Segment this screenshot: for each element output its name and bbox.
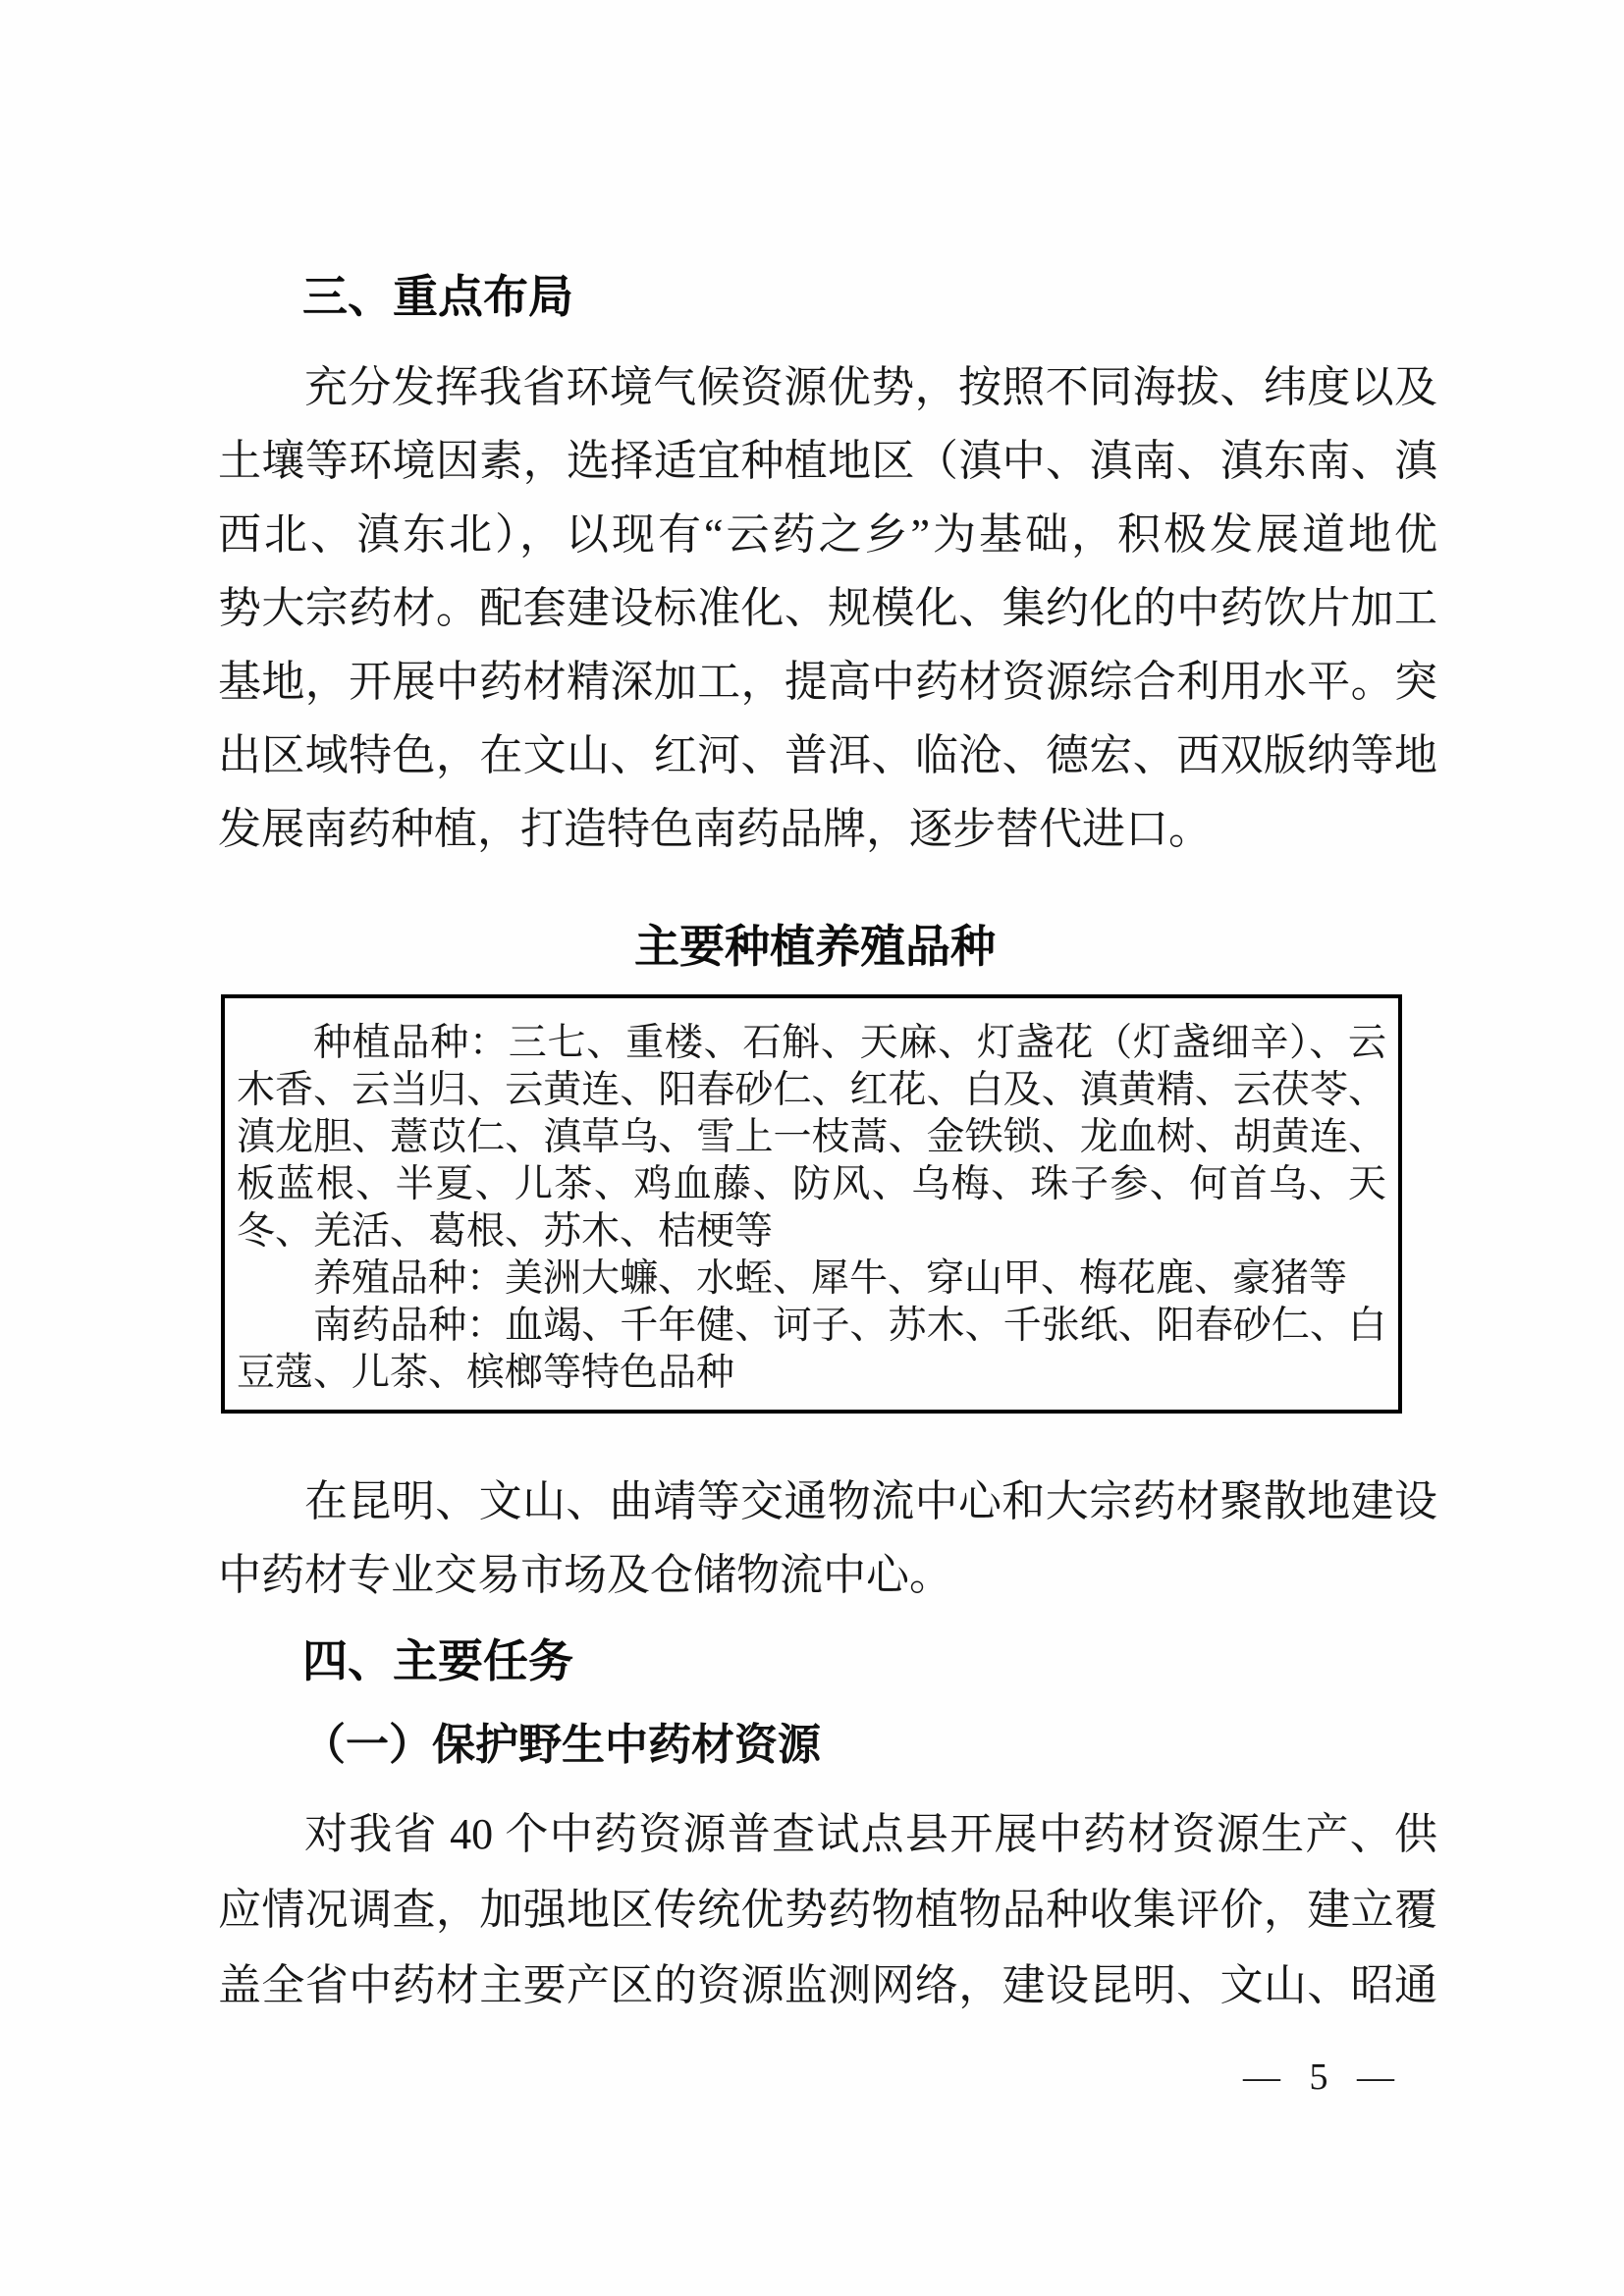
species-box-line: 种植品种：三七、重楼、石斛、天麻、灯盏花（灯盏细辛）、云 xyxy=(237,1020,1386,1067)
paragraph-protection-line: 盖全省中药材主要产区的资源监测网络，建设昆明、文山、昭通 xyxy=(218,1948,1437,2023)
section-4-sub-1-heading: （一）保护野生中药材资源 xyxy=(302,1721,821,1771)
species-table-title: 主要种植养殖品种 xyxy=(206,911,1424,976)
paragraph-layout-line: 西北、滇东北），以现有“云药之乡”为基础，积极发展道地优 xyxy=(218,498,1437,571)
paragraph-layout-line: 土壤等环境因素，选择适宜种植地区（滇中、滇南、滇东南、滇 xyxy=(218,424,1437,498)
document-page: 三、重点布局 充分发挥我省环境气候资源优势，按照不同海拔、纬度以及 土壤等环境因… xyxy=(0,0,1624,2296)
paragraph-layout-line: 充分发挥我省环境气候资源优势，按照不同海拔、纬度以及 xyxy=(218,350,1437,424)
paragraph-logistics: 在昆明、文山、曲靖等交通物流中心和大宗药材聚散地建设 中药材专业交易市场及仓储物… xyxy=(218,1465,1437,1612)
species-box-line: 南药品种：血竭、千年健、诃子、苏木、千张纸、阳春砂仁、白 xyxy=(237,1303,1386,1350)
species-box: 种植品种：三七、重楼、石斛、天麻、灯盏花（灯盏细辛）、云 木香、云当归、云黄连、… xyxy=(221,994,1402,1414)
page-number: — 5 — xyxy=(1243,2056,1396,2099)
paragraph-logistics-line: 在昆明、文山、曲靖等交通物流中心和大宗药材聚散地建设 xyxy=(218,1465,1437,1538)
paragraph-layout-line: 基地，开展中药材精深加工，提高中药材资源综合利用水平。突 xyxy=(218,645,1437,719)
species-box-line: 木香、云当归、云黄连、阳春砂仁、红花、白及、滇黄精、云茯苓、 xyxy=(237,1067,1386,1114)
paragraph-protection: 对我省 40 个中药资源普查试点县开展中药材资源生产、供 应情况调查，加强地区传… xyxy=(218,1796,1437,2023)
species-box-line: 滇龙胆、薏苡仁、滇草乌、雪上一枝蒿、金铁锁、龙血树、胡黄连、 xyxy=(237,1114,1386,1161)
paragraph-layout-line: 发展南药种植，打造特色南药品牌，逐步替代进口。 xyxy=(218,792,1437,866)
section-4-heading: 四、主要任务 xyxy=(302,1635,573,1687)
species-box-line: 豆蔻、儿茶、槟榔等特色品种 xyxy=(237,1350,1386,1397)
paragraph-protection-line: 对我省 40 个中药资源普查试点县开展中药材资源生产、供 xyxy=(218,1796,1437,1872)
paragraph-layout: 充分发挥我省环境气候资源优势，按照不同海拔、纬度以及 土壤等环境因素，选择适宜种… xyxy=(218,350,1437,866)
species-box-line: 养殖品种：美洲大蠊、水蛭、犀牛、穿山甲、梅花鹿、豪猪等 xyxy=(237,1255,1386,1303)
section-3-heading: 三、重点布局 xyxy=(302,271,573,323)
paragraph-layout-line: 势大宗药材。配套建设标准化、规模化、集约化的中药饮片加工 xyxy=(218,571,1437,645)
species-box-line: 冬、羌活、葛根、苏木、桔梗等 xyxy=(237,1208,1386,1255)
paragraph-logistics-line: 中药材专业交易市场及仓储物流中心。 xyxy=(218,1538,1437,1612)
species-box-line: 板蓝根、半夏、儿茶、鸡血藤、防风、乌梅、珠子参、何首乌、天 xyxy=(237,1161,1386,1208)
paragraph-protection-line: 应情况调查，加强地区传统优势药物植物品种收集评价，建立覆 xyxy=(218,1872,1437,1948)
paragraph-layout-line: 出区域特色，在文山、红河、普洱、临沧、德宏、西双版纳等地 xyxy=(218,719,1437,792)
